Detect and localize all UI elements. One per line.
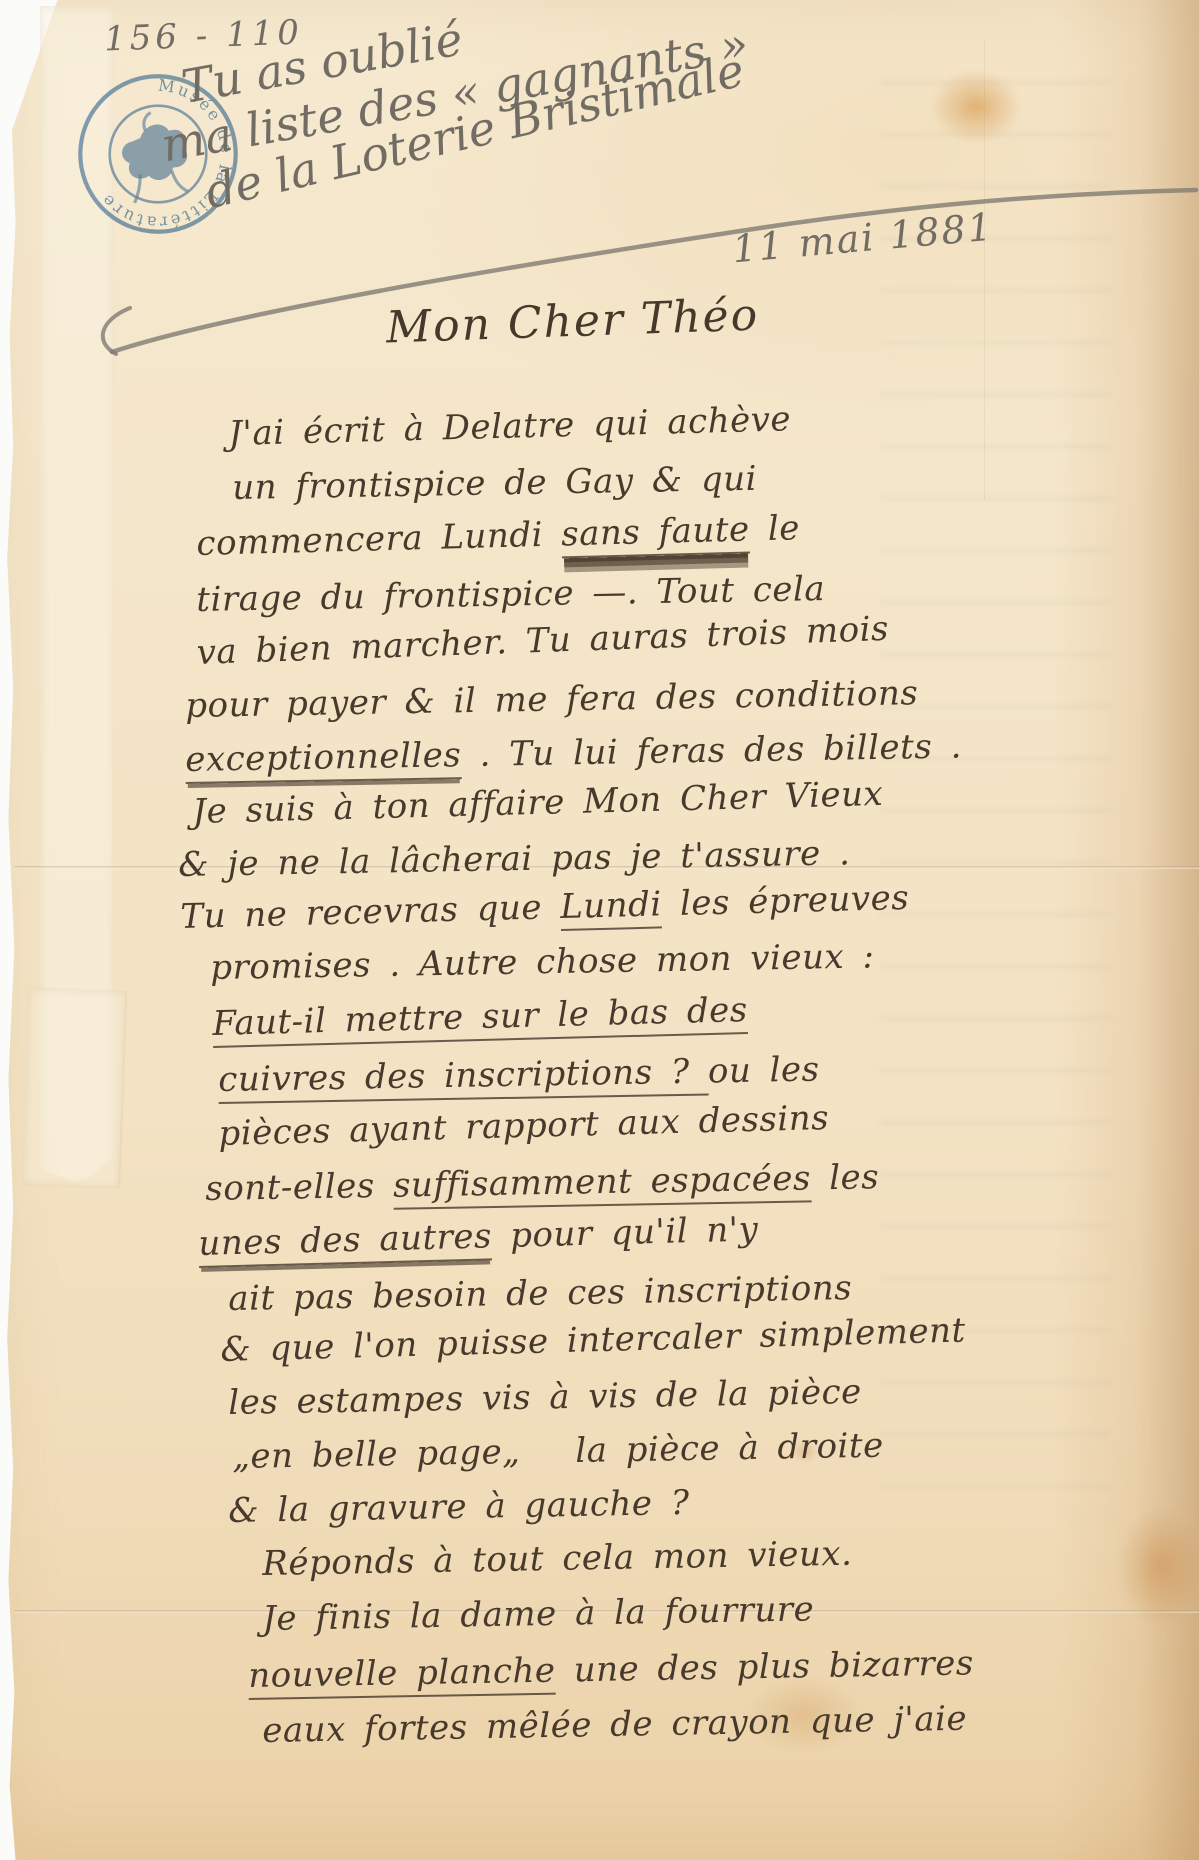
letter-text: sont-elles (205, 1166, 393, 1209)
underlined-text: suffisamment espacées (393, 1158, 812, 1209)
letter-text: les (811, 1157, 880, 1198)
underlined-text: Lundi (560, 884, 663, 931)
underlined-text: unes des autres (198, 1216, 493, 1268)
underlined-text: exceptionnelles (185, 735, 462, 784)
letter-text: & la gravure à gauche ? (228, 1483, 690, 1531)
letter-line: & la gravure à gauche ? (228, 1483, 690, 1531)
letter-scan: Musée de la Littérature 156 - 110 Tu as … (0, 0, 1199, 1860)
letter-text: ou les (708, 1050, 820, 1092)
letter-text: une des plus bizarres (555, 1643, 974, 1690)
letter-text: pour qu'il n'y (491, 1209, 758, 1256)
underlined-text: nouvelle planche (248, 1651, 556, 1700)
tape-patch (23, 988, 126, 1187)
underlined-text: cuivres des inscriptions ? (218, 1051, 708, 1104)
letter-text: le (749, 508, 800, 549)
letter-text: les épreuves (661, 878, 909, 924)
stain (1118, 1508, 1199, 1626)
ink-bleed-through (880, 80, 1110, 1500)
underlined-text: sans faute (561, 510, 751, 559)
